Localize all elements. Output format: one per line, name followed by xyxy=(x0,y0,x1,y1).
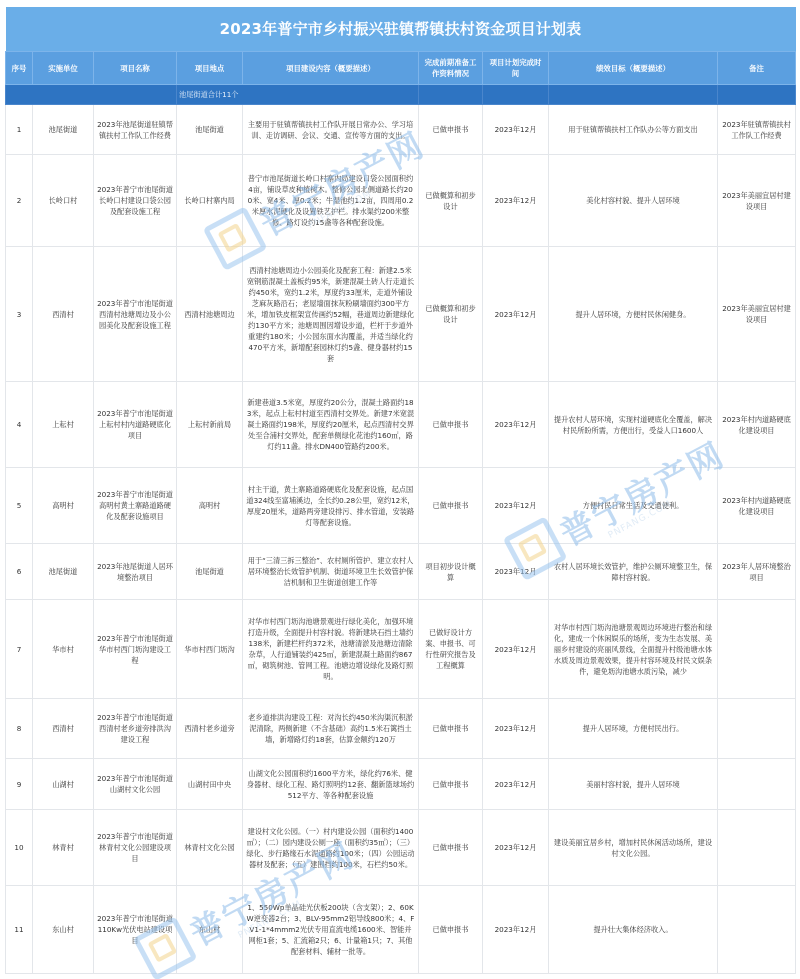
performance-goal-cell: 对华市村西门坜沟池塘景观周边环境进行整治和绿化，建成一个休闲娱乐的场所，变为生态… xyxy=(549,600,718,699)
remark-cell xyxy=(718,600,796,699)
table-row: 9山湖村2023年普宁市池尾街道山湖村文化公园山湖村田中央山湖文化公园面积约16… xyxy=(6,759,796,810)
project-name-cell: 2023年池尾街道人居环境整治项目 xyxy=(94,544,177,600)
remark-cell: 2023年美丽宜居村建设项目 xyxy=(718,247,796,382)
completion-time-cell: 2023年12月 xyxy=(483,247,549,382)
project-content-cell: 西清村池塘周边小公园美化及配套工程：新建2.5米宽钢筋混凝土盖板约95米，新建混… xyxy=(243,247,419,382)
project-name-cell: 2023年普宁市池尾街道高明村黄土寨路道路硬化及配套设施项目 xyxy=(94,468,177,544)
completion-time-cell: 2023年12月 xyxy=(483,810,549,886)
project-name-cell: 2023年池尾街道驻镇帮镇扶村工作队工作经费 xyxy=(94,105,177,155)
prep-status-cell: 已做申报书 xyxy=(419,759,483,810)
performance-goal-cell: 提升农村人居环境，实现村道硬底化全覆盖，解决村民所盼所需，方便出行，受益人口16… xyxy=(549,382,718,468)
performance-goal-cell: 提升人居环境，方便村民出行。 xyxy=(549,699,718,759)
completion-time-cell: 2023年12月 xyxy=(483,382,549,468)
project-location-cell: 山湖村田中央 xyxy=(177,759,243,810)
table-row: 6池尾街道2023年池尾街道人居环境整治项目池尾街道用于“三清三拆三整治”、农村… xyxy=(6,544,796,600)
prep-status-cell: 已做概算和初步设计 xyxy=(419,247,483,382)
subtotal-cell xyxy=(718,85,796,105)
remark-cell: 2023年村内道路硬底化建设项目 xyxy=(718,382,796,468)
project-content-cell: 新建巷道3.5米宽，厚度约20公分，混凝土路面约183米，起点上耘村村道至西清村… xyxy=(243,382,419,468)
subtotal-cell xyxy=(419,85,483,105)
completion-time-cell: 2023年12月 xyxy=(483,886,549,974)
implementing-unit-cell: 长岭口村 xyxy=(33,155,94,247)
performance-goal-cell: 美丽村容村貌，提升人居环境 xyxy=(549,759,718,810)
column-header-prep: 完成前期准备工作资料情况 xyxy=(419,52,483,85)
project-location-cell: 林青村文化公园 xyxy=(177,810,243,886)
project-name-cell: 2023年普宁市池尾街道西清村池塘周边及小公园美化及配套设施工程 xyxy=(94,247,177,382)
completion-time-cell: 2023年12月 xyxy=(483,468,549,544)
prep-status-cell: 已做申报书 xyxy=(419,468,483,544)
remark-cell xyxy=(718,759,796,810)
project-plan-sheet: 2023年普宁市乡村振兴驻镇帮镇扶村资金项目计划表 序号 实施单位 项目名称 项… xyxy=(5,7,795,974)
table-row: 1池尾街道2023年池尾街道驻镇帮镇扶村工作队工作经费池尾街道主要用于驻镇帮镇扶… xyxy=(6,105,796,155)
table-row: 3西清村2023年普宁市池尾街道西清村池塘周边及小公园美化及配套设施工程西清村池… xyxy=(6,247,796,382)
performance-goal-cell: 方便村民日常生活及交通便利。 xyxy=(549,468,718,544)
row-number-cell: 3 xyxy=(6,247,33,382)
remark-cell: 2023年人居环境整治项目 xyxy=(718,544,796,600)
project-content-cell: 普宁市池尾街道长岭口村寨内局建设口袋公园面积约4亩，铺设草皮种植树木。整修公园北… xyxy=(243,155,419,247)
table-row: 2长岭口村2023年普宁市池尾街道长岭口村建设口袋公园及配套设施工程长岭口村寨内… xyxy=(6,155,796,247)
column-header-location: 项目地点 xyxy=(177,52,243,85)
column-header-row: 序号 实施单位 项目名称 项目地点 项目建设内容（概要描述） 完成前期准备工作资… xyxy=(6,52,796,85)
table-title: 2023年普宁市乡村振兴驻镇帮镇扶村资金项目计划表 xyxy=(6,7,796,52)
table-row: 11东山村2023年普宁市池尾街道110Kw光伏电站建设项目东山村1、550Wp… xyxy=(6,886,796,974)
prep-status-cell: 已做申报书 xyxy=(419,810,483,886)
performance-goal-cell: 农村人居环境长效管护，维护公厕环境整卫生，保障村容村貌。 xyxy=(549,544,718,600)
subtotal-spacer xyxy=(6,85,177,105)
performance-goal-cell: 用于驻镇帮镇扶村工作队办公等方面支出 xyxy=(549,105,718,155)
prep-status-cell: 已做申报书 xyxy=(419,886,483,974)
project-name-cell: 2023年普宁市池尾街道110Kw光伏电站建设项目 xyxy=(94,886,177,974)
performance-goal-cell: 提升人居环境，方便村民休闲健身。 xyxy=(549,247,718,382)
row-number-cell: 6 xyxy=(6,544,33,600)
project-location-cell: 高明村 xyxy=(177,468,243,544)
project-location-cell: 池尾街道 xyxy=(177,544,243,600)
project-name-cell: 2023年普宁市池尾街道山湖村文化公园 xyxy=(94,759,177,810)
remark-cell: 2023年村内道路硬底化建设项目 xyxy=(718,468,796,544)
remark-cell xyxy=(718,886,796,974)
row-number-cell: 10 xyxy=(6,810,33,886)
column-header-content: 项目建设内容（概要描述） xyxy=(243,52,419,85)
row-number-cell: 2 xyxy=(6,155,33,247)
project-content-cell: 老乡道排洪沟建设工程：对沟长约450米沟渠沉积淤泥清除，两侧新建（不含基础）高约… xyxy=(243,699,419,759)
implementing-unit-cell: 林青村 xyxy=(33,810,94,886)
table-row: 7华市村2023年普宁市池尾街道华市村西门坜沟建设工程华市村西门坜沟对华市村西门… xyxy=(6,600,796,699)
implementing-unit-cell: 西清村 xyxy=(33,699,94,759)
column-header-no: 序号 xyxy=(6,52,33,85)
implementing-unit-cell: 上耘村 xyxy=(33,382,94,468)
implementing-unit-cell: 山湖村 xyxy=(33,759,94,810)
remark-cell xyxy=(718,810,796,886)
subtotal-cell xyxy=(549,85,718,105)
project-content-cell: 用于“三清三拆三整治”、农村厕所管护、建立农村人居环境整治长效管护机制、街道环境… xyxy=(243,544,419,600)
project-location-cell: 池尾街道 xyxy=(177,105,243,155)
performance-goal-cell: 建设美丽宜居乡村，增加村民休闲活动场所，建设村文化公园。 xyxy=(549,810,718,886)
project-content-cell: 1、550Wp单晶硅光伏板200块（含支架）；2、60KW逆变器2台；3、BLV… xyxy=(243,886,419,974)
table-row: 4上耘村2023年普宁市池尾街道上耘村村内道路硬底化项目上耘村新前局新建巷道3.… xyxy=(6,382,796,468)
table-row: 5高明村2023年普宁市池尾街道高明村黄土寨路道路硬化及配套设施项目高明村村主干… xyxy=(6,468,796,544)
implementing-unit-cell: 东山村 xyxy=(33,886,94,974)
row-number-cell: 4 xyxy=(6,382,33,468)
column-header-name: 项目名称 xyxy=(94,52,177,85)
subtotal-row: 池尾街道合计11个 xyxy=(6,85,796,105)
project-name-cell: 2023年普宁市池尾街道林青村文化公园建设项目 xyxy=(94,810,177,886)
prep-status-cell: 已做好设计方案、申报书、可行性研究报告及工程概算 xyxy=(419,600,483,699)
remark-cell: 2023年驻镇帮镇扶村工作队工作经费 xyxy=(718,105,796,155)
table-row: 10林青村2023年普宁市池尾街道林青村文化公园建设项目林青村文化公园建设村文化… xyxy=(6,810,796,886)
subtotal-label: 池尾街道合计11个 xyxy=(177,85,419,105)
project-location-cell: 长岭口村寨内局 xyxy=(177,155,243,247)
project-name-cell: 2023年普宁市池尾街道上耘村村内道路硬底化项目 xyxy=(94,382,177,468)
row-number-cell: 7 xyxy=(6,600,33,699)
implementing-unit-cell: 高明村 xyxy=(33,468,94,544)
project-location-cell: 上耘村新前局 xyxy=(177,382,243,468)
prep-status-cell: 项目初步设计概算 xyxy=(419,544,483,600)
performance-goal-cell: 美化村容村貌、提升人居环境 xyxy=(549,155,718,247)
project-content-cell: 村主干道，黄土寨路道路硬底化及配套设施，起点国道324线至富埔溪边，全长约0.2… xyxy=(243,468,419,544)
completion-time-cell: 2023年12月 xyxy=(483,155,549,247)
project-location-cell: 西清村池塘周边 xyxy=(177,247,243,382)
remark-cell xyxy=(718,699,796,759)
remark-cell: 2023年美丽宜居村建设项目 xyxy=(718,155,796,247)
project-location-cell: 华市村西门坜沟 xyxy=(177,600,243,699)
prep-status-cell: 已做申报书 xyxy=(419,699,483,759)
completion-time-cell: 2023年12月 xyxy=(483,105,549,155)
subtotal-cell xyxy=(483,85,549,105)
project-name-cell: 2023年普宁市池尾街道华市村西门坜沟建设工程 xyxy=(94,600,177,699)
prep-status-cell: 已做概算和初步设计 xyxy=(419,155,483,247)
project-location-cell: 东山村 xyxy=(177,886,243,974)
table-row: 8西清村2023年普宁市池尾街道西清村老乡道旁排洪沟建设工程西清村老乡道旁老乡道… xyxy=(6,699,796,759)
column-header-time: 项目计划完成时间 xyxy=(483,52,549,85)
completion-time-cell: 2023年12月 xyxy=(483,600,549,699)
project-name-cell: 2023年普宁市池尾街道长岭口村建设口袋公园及配套设施工程 xyxy=(94,155,177,247)
project-content-cell: 建设村文化公园。（一）村内建设公园（面积约1400㎡）；（二）园内建设公厕一座（… xyxy=(243,810,419,886)
implementing-unit-cell: 西清村 xyxy=(33,247,94,382)
column-header-note: 备注 xyxy=(718,52,796,85)
completion-time-cell: 2023年12月 xyxy=(483,759,549,810)
completion-time-cell: 2023年12月 xyxy=(483,544,549,600)
row-number-cell: 9 xyxy=(6,759,33,810)
row-number-cell: 1 xyxy=(6,105,33,155)
table-body: 1池尾街道2023年池尾街道驻镇帮镇扶村工作队工作经费池尾街道主要用于驻镇帮镇扶… xyxy=(6,105,796,974)
implementing-unit-cell: 池尾街道 xyxy=(33,105,94,155)
row-number-cell: 11 xyxy=(6,886,33,974)
project-content-cell: 主要用于驻镇帮镇扶村工作队开展日常办公、学习培训、走访调研、会议、交通、宣传等方… xyxy=(243,105,419,155)
project-plan-table: 2023年普宁市乡村振兴驻镇帮镇扶村资金项目计划表 序号 实施单位 项目名称 项… xyxy=(5,7,796,974)
project-content-cell: 山湖文化公园面积约1600平方米，绿化约76米、健身器材、绿化工程、路灯照明约1… xyxy=(243,759,419,810)
completion-time-cell: 2023年12月 xyxy=(483,699,549,759)
prep-status-cell: 已做申报书 xyxy=(419,382,483,468)
row-number-cell: 5 xyxy=(6,468,33,544)
project-name-cell: 2023年普宁市池尾街道西清村老乡道旁排洪沟建设工程 xyxy=(94,699,177,759)
project-location-cell: 西清村老乡道旁 xyxy=(177,699,243,759)
performance-goal-cell: 提升壮大集体经济收入。 xyxy=(549,886,718,974)
row-number-cell: 8 xyxy=(6,699,33,759)
prep-status-cell: 已做申报书 xyxy=(419,105,483,155)
column-header-unit: 实施单位 xyxy=(33,52,94,85)
implementing-unit-cell: 华市村 xyxy=(33,600,94,699)
implementing-unit-cell: 池尾街道 xyxy=(33,544,94,600)
project-content-cell: 对华市村西门坜沟池塘景观进行绿化美化，加强环境打造升级，全面提升村容村貌。将新建… xyxy=(243,600,419,699)
column-header-goal: 绩效目标（概要描述） xyxy=(549,52,718,85)
